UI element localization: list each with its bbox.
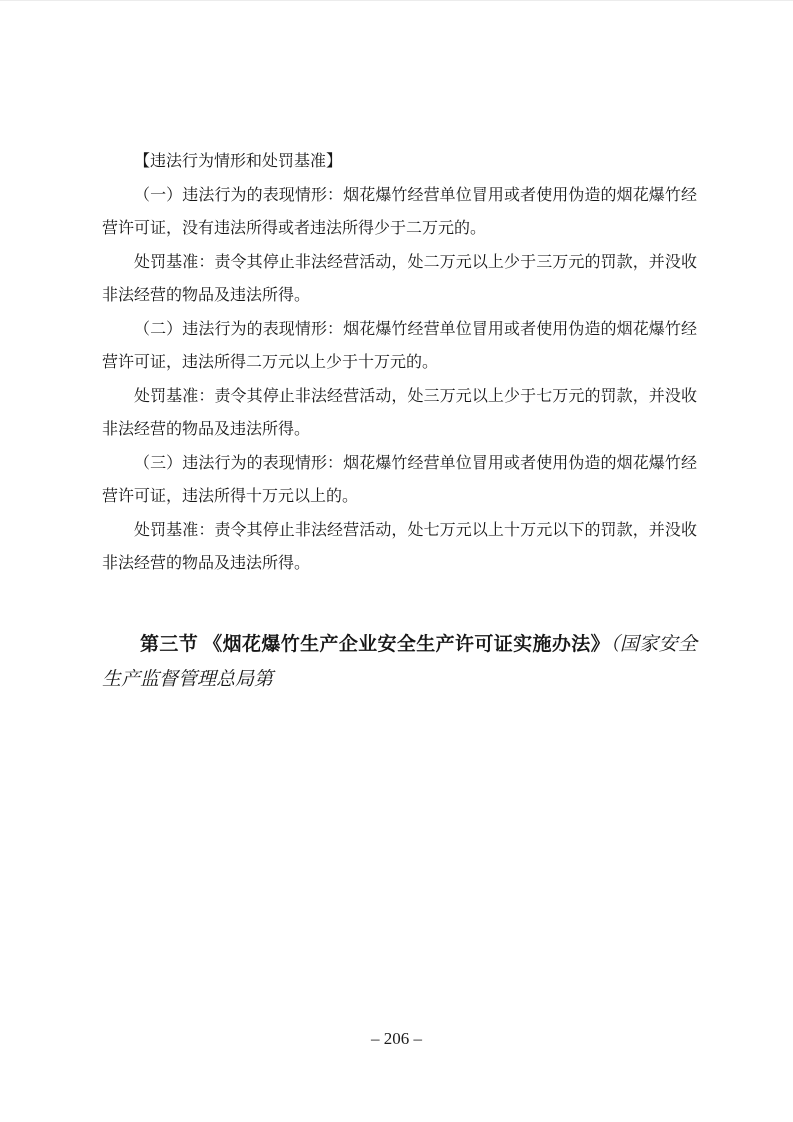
violation-paragraph-3: （三）违法行为的表现情形：烟花爆竹经营单位冒用或者使用伪造的烟花爆竹经营许可证，… bbox=[102, 447, 697, 514]
violation-paragraph-2: （二）违法行为的表现情形：烟花爆竹经营单位冒用或者使用伪造的烟花爆竹经营许可证，… bbox=[102, 313, 697, 380]
bracket-header: 【违法行为情形和处罚基准】 bbox=[102, 145, 697, 179]
penalty-paragraph-3: 处罚基准：责令其停止非法经营活动，处七万元以上十万元以下的罚款，并没收非法经营的… bbox=[102, 514, 697, 581]
page-number: – 206 – bbox=[0, 1027, 793, 1051]
section-heading: 第三节 《烟花爆竹生产企业安全生产许可证实施办法》（国家安全生产监督管理总局第 bbox=[102, 627, 697, 697]
document-page: 【违法行为情形和处罚基准】 （一）违法行为的表现情形：烟花爆竹经营单位冒用或者使… bbox=[0, 0, 793, 1122]
penalty-paragraph-1: 处罚基准：责令其停止非法经营活动，处二万元以上少于三万元的罚款，并没收非法经营的… bbox=[102, 246, 697, 313]
penalty-paragraph-2: 处罚基准：责令其停止非法经营活动，处三万元以上少于七万元的罚款，并没收非法经营的… bbox=[102, 380, 697, 447]
document-body: 【违法行为情形和处罚基准】 （一）违法行为的表现情形：烟花爆竹经营单位冒用或者使… bbox=[102, 145, 697, 697]
violation-paragraph-1: （一）违法行为的表现情形：烟花爆竹经营单位冒用或者使用伪造的烟花爆竹经营许可证，… bbox=[102, 179, 697, 246]
section-heading-title: 第三节 《烟花爆竹生产企业安全生产许可证实施办法》 bbox=[140, 634, 610, 655]
